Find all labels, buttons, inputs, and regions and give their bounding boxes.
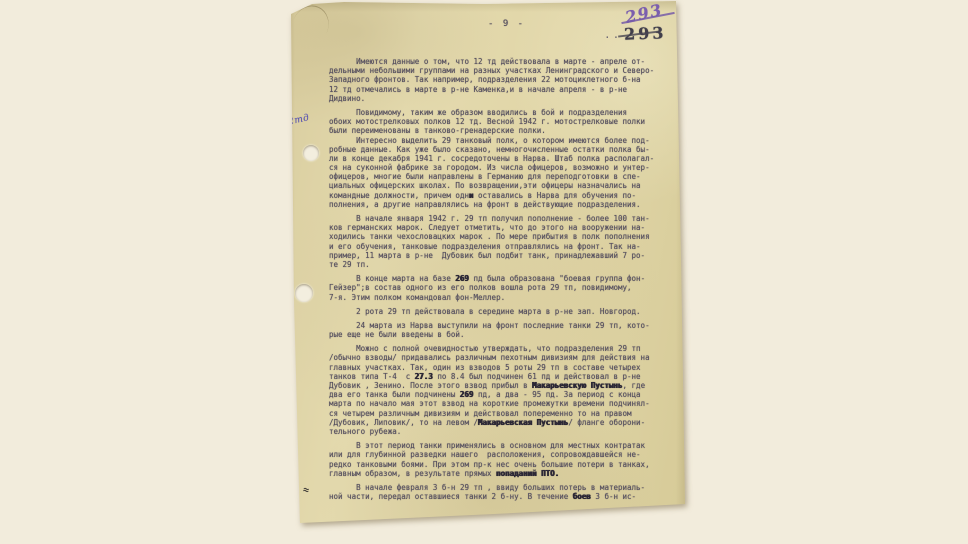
typed-line: ной части, передал оставшиеся танки 2 б-… bbox=[329, 492, 663, 501]
typed-line: тельного рубежа. bbox=[329, 427, 663, 436]
typed-line: В начале января 1942 г. 29 тп получил по… bbox=[329, 214, 663, 223]
typed-line: танков типа Т-4 с 27.3 по 8.4 был подчин… bbox=[329, 372, 663, 381]
typed-line: Повидимому, таким же образом вводились в… bbox=[329, 108, 663, 117]
typed-line: дельными небольшими группами на разных у… bbox=[329, 66, 663, 75]
paragraph: В начале января 1942 г. 29 тп получил по… bbox=[329, 214, 663, 269]
typed-line: В этот период танки применялись в основн… bbox=[329, 441, 663, 450]
margin-note-handwritten: 12тд bbox=[281, 113, 310, 129]
paragraph: В начале февраля 3 б-н 29 тп , ввиду бол… bbox=[329, 483, 663, 501]
typed-line: /Дубовик, Липовик/, то на левом /Макарье… bbox=[329, 418, 663, 427]
pen-mark: ≈ bbox=[302, 485, 309, 497]
typed-line: В начале февраля 3 б-н 29 тп , ввиду бол… bbox=[329, 483, 663, 492]
typed-line: /обычно взводы/ придавались различным пе… bbox=[329, 353, 663, 362]
typed-line: главным образом, в результате прямых поп… bbox=[329, 469, 663, 478]
typed-line: циальных офицерских школах. По возвращен… bbox=[329, 181, 663, 190]
typed-line: ков германских марок. Следует отметить, … bbox=[329, 223, 663, 232]
typed-line: 12 тд отмечались в марте в р-не Каменка,… bbox=[329, 85, 663, 94]
typed-line: ли в конце декабря 1941 г. сосредоточены… bbox=[329, 154, 663, 163]
paragraph: 2 рота 29 тп действовала в середине март… bbox=[329, 307, 663, 316]
paragraph: В конце марта на базе 269 пд была образо… bbox=[329, 274, 663, 302]
typed-line: ходились танки чехословацких марок . По … bbox=[329, 232, 663, 241]
typed-line: рые еще не были введены в бой. bbox=[329, 330, 663, 339]
typed-line: Интересно выделить 29 танковый полк, о к… bbox=[329, 136, 663, 145]
typed-line: главных участках. Так, один из взводов 5… bbox=[329, 363, 663, 372]
typed-line: обоих мотострелковых полков 12 тд. Весно… bbox=[329, 117, 663, 126]
typed-line: редко танковыми боями. При этом пр-к нес… bbox=[329, 460, 663, 469]
typed-line: ся на суконной фабрике за городом. Из чи… bbox=[329, 163, 663, 172]
typed-line: 7-я. Этим полком командовал фон-Меллер. bbox=[329, 293, 663, 302]
typed-line: два его танка были подчинены 269 пд, а д… bbox=[329, 390, 663, 399]
typed-line: полнения, а другие направлялись на фронт… bbox=[329, 200, 663, 209]
scanned-page: - 9 - 293 .. 293 12тд Имеются данные о т… bbox=[284, 0, 688, 540]
typed-line: ся четырем различным дивизиям и действов… bbox=[329, 409, 663, 418]
typed-line: робные данные. Как уже было сказано, нем… bbox=[329, 145, 663, 154]
typed-line: Дубовик , Зенино. После этого взвод приб… bbox=[329, 381, 663, 390]
paragraph: Повидимому, таким же образом вводились в… bbox=[329, 108, 663, 136]
typed-line: Имеются данные о том, что 12 тд действов… bbox=[329, 57, 663, 66]
typed-line: те 29 тп. bbox=[329, 260, 663, 269]
typed-line: Гейзер";в состав одного из его полков во… bbox=[329, 283, 663, 292]
typed-text-column: Имеются данные о том, что 12 тд действов… bbox=[329, 57, 663, 506]
typed-line: или для глубинной разведки нашего распол… bbox=[329, 450, 663, 459]
paragraph: Интересно выделить 29 танковый полк, о к… bbox=[329, 136, 663, 210]
typed-line: и его обучения, танковые подразделения о… bbox=[329, 242, 663, 251]
typed-line: марта по начало мая этот взвод на коротк… bbox=[329, 399, 663, 408]
typed-line: Дидвино. bbox=[329, 94, 663, 103]
paper-sheet: - 9 - 293 .. 293 12тд Имеются данные о т… bbox=[284, 0, 688, 540]
typed-line: Западного фронтов. Так например, подразд… bbox=[329, 75, 663, 84]
typed-line: командные должности, причем одни оставал… bbox=[329, 191, 663, 200]
typed-line: В конце марта на базе 269 пд была образо… bbox=[329, 274, 663, 283]
paragraph: Имеются данные о том, что 12 тд действов… bbox=[329, 57, 663, 103]
typed-line: пример, 11 марта в р-не Дубовик был подб… bbox=[329, 251, 663, 260]
paragraph: Можно с полной очевидностью утверждать, … bbox=[329, 344, 663, 436]
typed-line: 2 рота 29 тп действовала в середине март… bbox=[329, 307, 663, 316]
corner-crease bbox=[285, 0, 335, 53]
punch-hole-top bbox=[303, 145, 319, 161]
punch-hole-bottom bbox=[295, 284, 313, 302]
typed-line: 24 марта из Нарва выступили на фронт пос… bbox=[329, 321, 663, 330]
paragraph: В этот период танки применялись в основн… bbox=[329, 441, 663, 478]
paragraph: 24 марта из Нарва выступили на фронт пос… bbox=[329, 321, 663, 339]
page-number: - 9 - bbox=[488, 19, 525, 29]
typed-line: были переименованы в танково-гренадерски… bbox=[329, 126, 663, 135]
